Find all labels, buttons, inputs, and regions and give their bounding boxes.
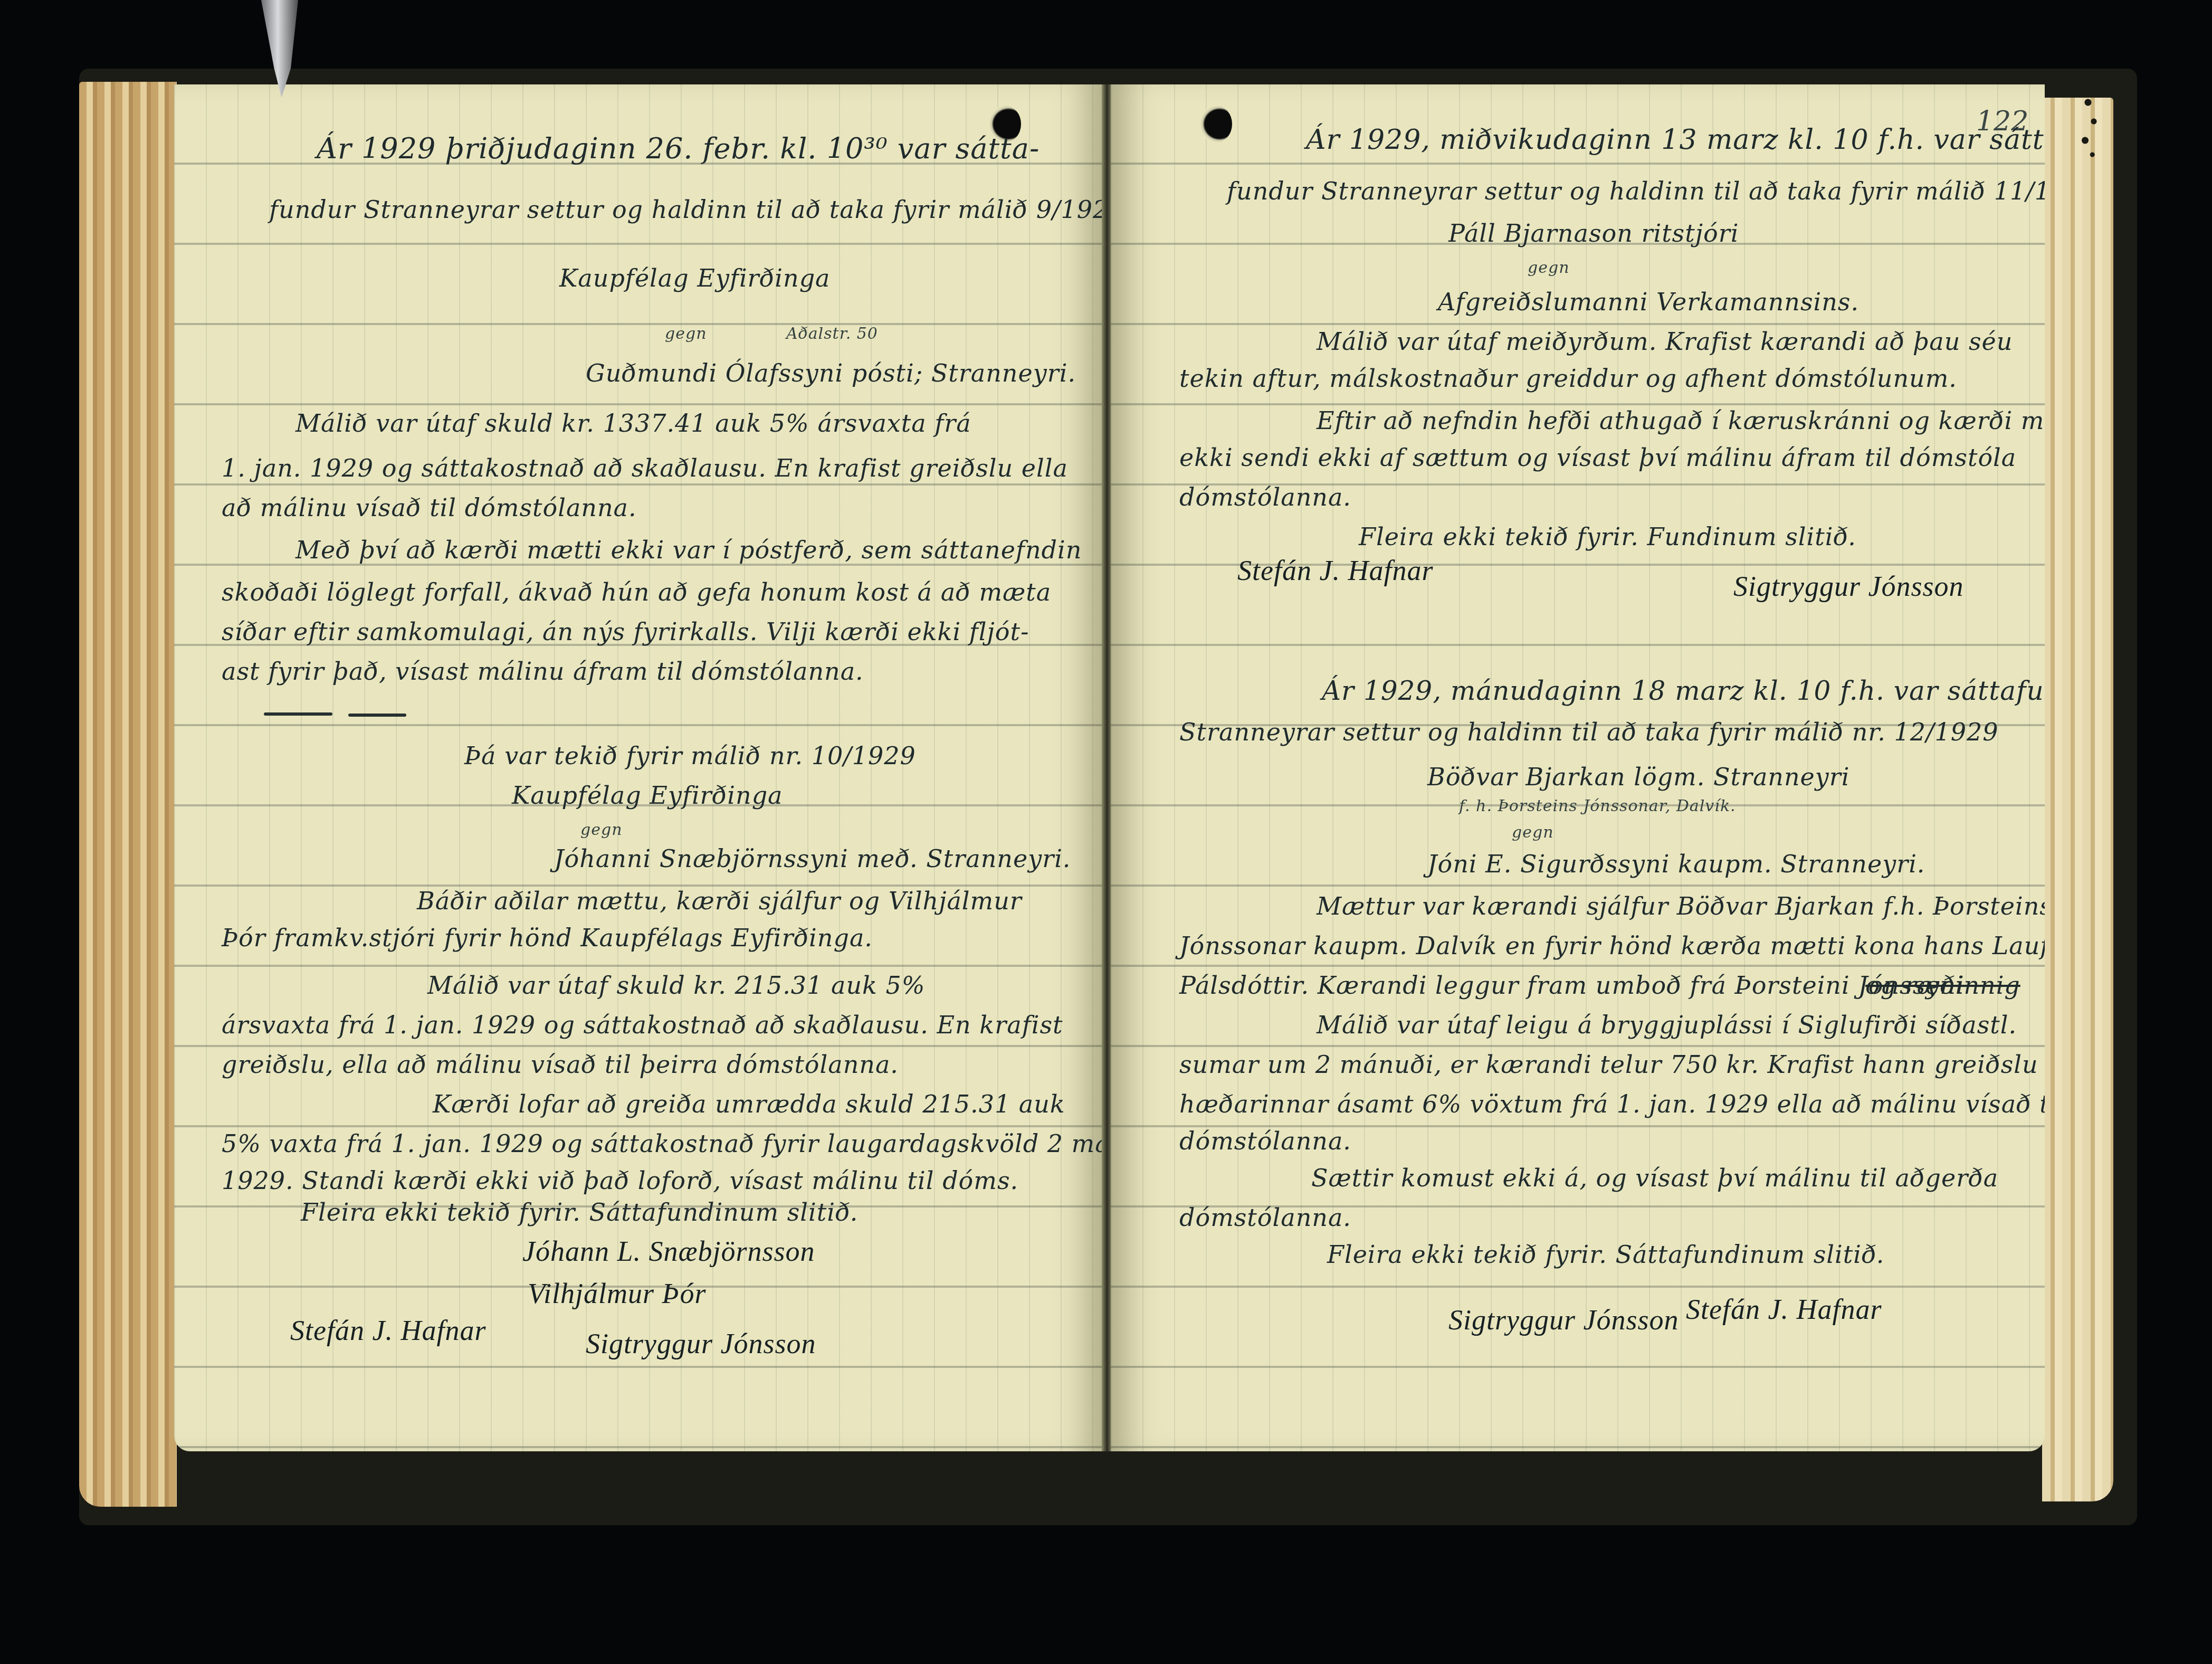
struck-text: og ræðinnig <box>1865 971 2020 1000</box>
versus: gegn <box>580 821 622 839</box>
body-line: Sættir komust ekki á, og vísast því máli… <box>1311 1164 1998 1192</box>
body-line: tekin aftur, málskostnaður greiddur og a… <box>1179 364 1957 393</box>
body-line: Málið var útaf skuld kr. 215.31 auk 5% <box>427 971 926 1000</box>
plaintiff-note: f. h. Þorsteins Jónssonar, Dalvík. <box>1459 797 1736 815</box>
signature: Sigtryggur Jónsson <box>586 1327 816 1360</box>
entry-heading: Ár 1929, miðvikudaginn 13 marz kl. 10 f.… <box>1306 124 2045 156</box>
body-line: Eftir að nefndin hefði athugað í kæruskr… <box>1317 406 2045 435</box>
signature: Sigtryggur Jónsson <box>1448 1304 1679 1336</box>
body-line: greiðslu, ella að málinu vísað til þeirr… <box>222 1050 899 1079</box>
entry-heading: Stranneyrar settur og haldinn til að tak… <box>1179 718 1999 746</box>
versus: gegn <box>1512 823 1553 842</box>
ink-stain <box>2076 74 2105 169</box>
body-line: dómstólanna. <box>1179 483 1351 511</box>
plaintiff: Páll Bjarnason ritstjóri <box>1448 219 1739 248</box>
entry-heading: Þá var tekið fyrir málið nr. 10/1929 <box>464 741 916 770</box>
address-note: Aðalstr. 50 <box>786 325 878 343</box>
signature: Stefán J. Hafnar <box>290 1314 486 1347</box>
body-line: Málið var útaf leigu á bryggjuplássi í S… <box>1317 1011 2017 1039</box>
closing-line: Fleira ekki tekið fyrir. Sáttafundinum s… <box>1327 1240 1884 1269</box>
closing-line: Fleira ekki tekið fyrir. Fundinum slitið… <box>1359 522 1856 551</box>
plaintiff: Kaupfélag Eyfirðinga <box>512 781 783 810</box>
body-line: hæðarinnar ásamt 6% vöxtum frá 1. jan. 1… <box>1179 1090 2045 1118</box>
left-fore-edge <box>79 82 177 1507</box>
body-line: síðar eftir samkomulagi, án nýs fyrirkal… <box>222 617 1029 646</box>
body-line: ársvaxta frá 1. jan. 1929 og sáttakostna… <box>222 1011 1063 1039</box>
body-line: Málið var útaf skuld kr. 1337.41 auk 5% … <box>295 409 971 438</box>
divider-line <box>264 712 332 716</box>
body-line: Pálsdóttir. Kærandi leggur fram umboð fr… <box>1179 971 1965 1000</box>
entry-heading: Ár 1929, mánudaginn 18 marz kl. 10 f.h. … <box>1322 676 2045 706</box>
body-line: að málinu vísað til dómstólanna. <box>222 493 637 522</box>
entry-heading: fundur Stranneyrar settur og haldinn til… <box>269 195 1103 224</box>
body-line: 1. jan. 1929 og sáttakostnað að skaðlaus… <box>222 454 1068 482</box>
defendant: Jóni E. Sigurðssyni kaupm. Stranneyri. <box>1427 850 1925 878</box>
right-fore-edge <box>2042 98 2113 1501</box>
body-line: 1929. Standi kærði ekki við það loforð, … <box>222 1166 1018 1195</box>
body-line: Mættur var kærandi sjálfur Böðvar Bjarka… <box>1317 892 2045 920</box>
body-line: Með því að kærði mætti ekki var í póstfe… <box>295 536 1082 564</box>
body-line: 5% vaxta frá 1. jan. 1929 og sáttakostna… <box>222 1129 1103 1158</box>
body-line: dómstólanna. <box>1179 1203 1351 1232</box>
body-line: Þór framkv.stjóri fyrir hönd Kaupfélags … <box>222 924 873 952</box>
body-line: Jónssonar kaupm. Dalvík en fyrir hönd kæ… <box>1179 931 2045 960</box>
versus: gegn <box>1528 259 1569 277</box>
signature: Stefán J. Hafnar <box>1237 554 1433 587</box>
signature: Vilhjálmur Þór <box>528 1277 707 1310</box>
body-line: skoðaði löglegt forfall, ákvað hún að ge… <box>222 578 1051 606</box>
defendant: Afgreiðslumanni Verkamannsins. <box>1438 288 1859 316</box>
plaintiff: Kaupfélag Eyfirðinga <box>559 264 831 292</box>
body-line: dómstólanna. <box>1179 1127 1351 1155</box>
punch-hole-icon <box>1200 106 1232 142</box>
right-page: 122 Ár 1929, miðvikudaginn 13 marz kl. 1… <box>1111 84 2045 1451</box>
plaintiff: Böðvar Bjarkan lögm. Stranneyri <box>1427 763 1850 791</box>
signature: Stefán J. Hafnar <box>1686 1293 1882 1326</box>
divider-line <box>348 714 406 717</box>
signature: Sigtryggur Jónsson <box>1733 570 1964 603</box>
body-line: ekki sendi ekki af sættum og vísast því … <box>1179 443 2016 472</box>
body-line: sumar um 2 mánuði, er kærandi telur 750 … <box>1179 1050 2045 1079</box>
entry-heading: fundur Stranneyrar settur og haldinn til… <box>1227 177 2045 205</box>
versus: gegn <box>665 325 707 343</box>
signature: Jóhann L. Snæbjörnsson <box>522 1235 815 1268</box>
closing-line: Fleira ekki tekið fyrir. Sáttafundinum s… <box>301 1198 858 1226</box>
defendant: Jóhanni Snæbjörnssyni með. Stranneyri. <box>554 844 1071 873</box>
body-line: Kærði lofar að greiða umrædda skuld 215.… <box>433 1090 1065 1118</box>
entry-heading: Ár 1929 þriðjudaginn 26. febr. kl. 10³⁰ … <box>317 132 1040 165</box>
body-line: Báðir aðilar mættu, kærði sjálfur og Vil… <box>417 887 1022 915</box>
body-line: Málið var útaf meiðyrðum. Krafist kærand… <box>1317 327 2013 356</box>
defendant: Guðmundi Ólafssyni pósti; Stranneyri. <box>586 359 1076 387</box>
body-line: ast fyrir það, vísast málinu áfram til d… <box>222 657 864 686</box>
left-page: Ár 1929 þriðjudaginn 26. febr. kl. 10³⁰ … <box>174 84 1103 1451</box>
